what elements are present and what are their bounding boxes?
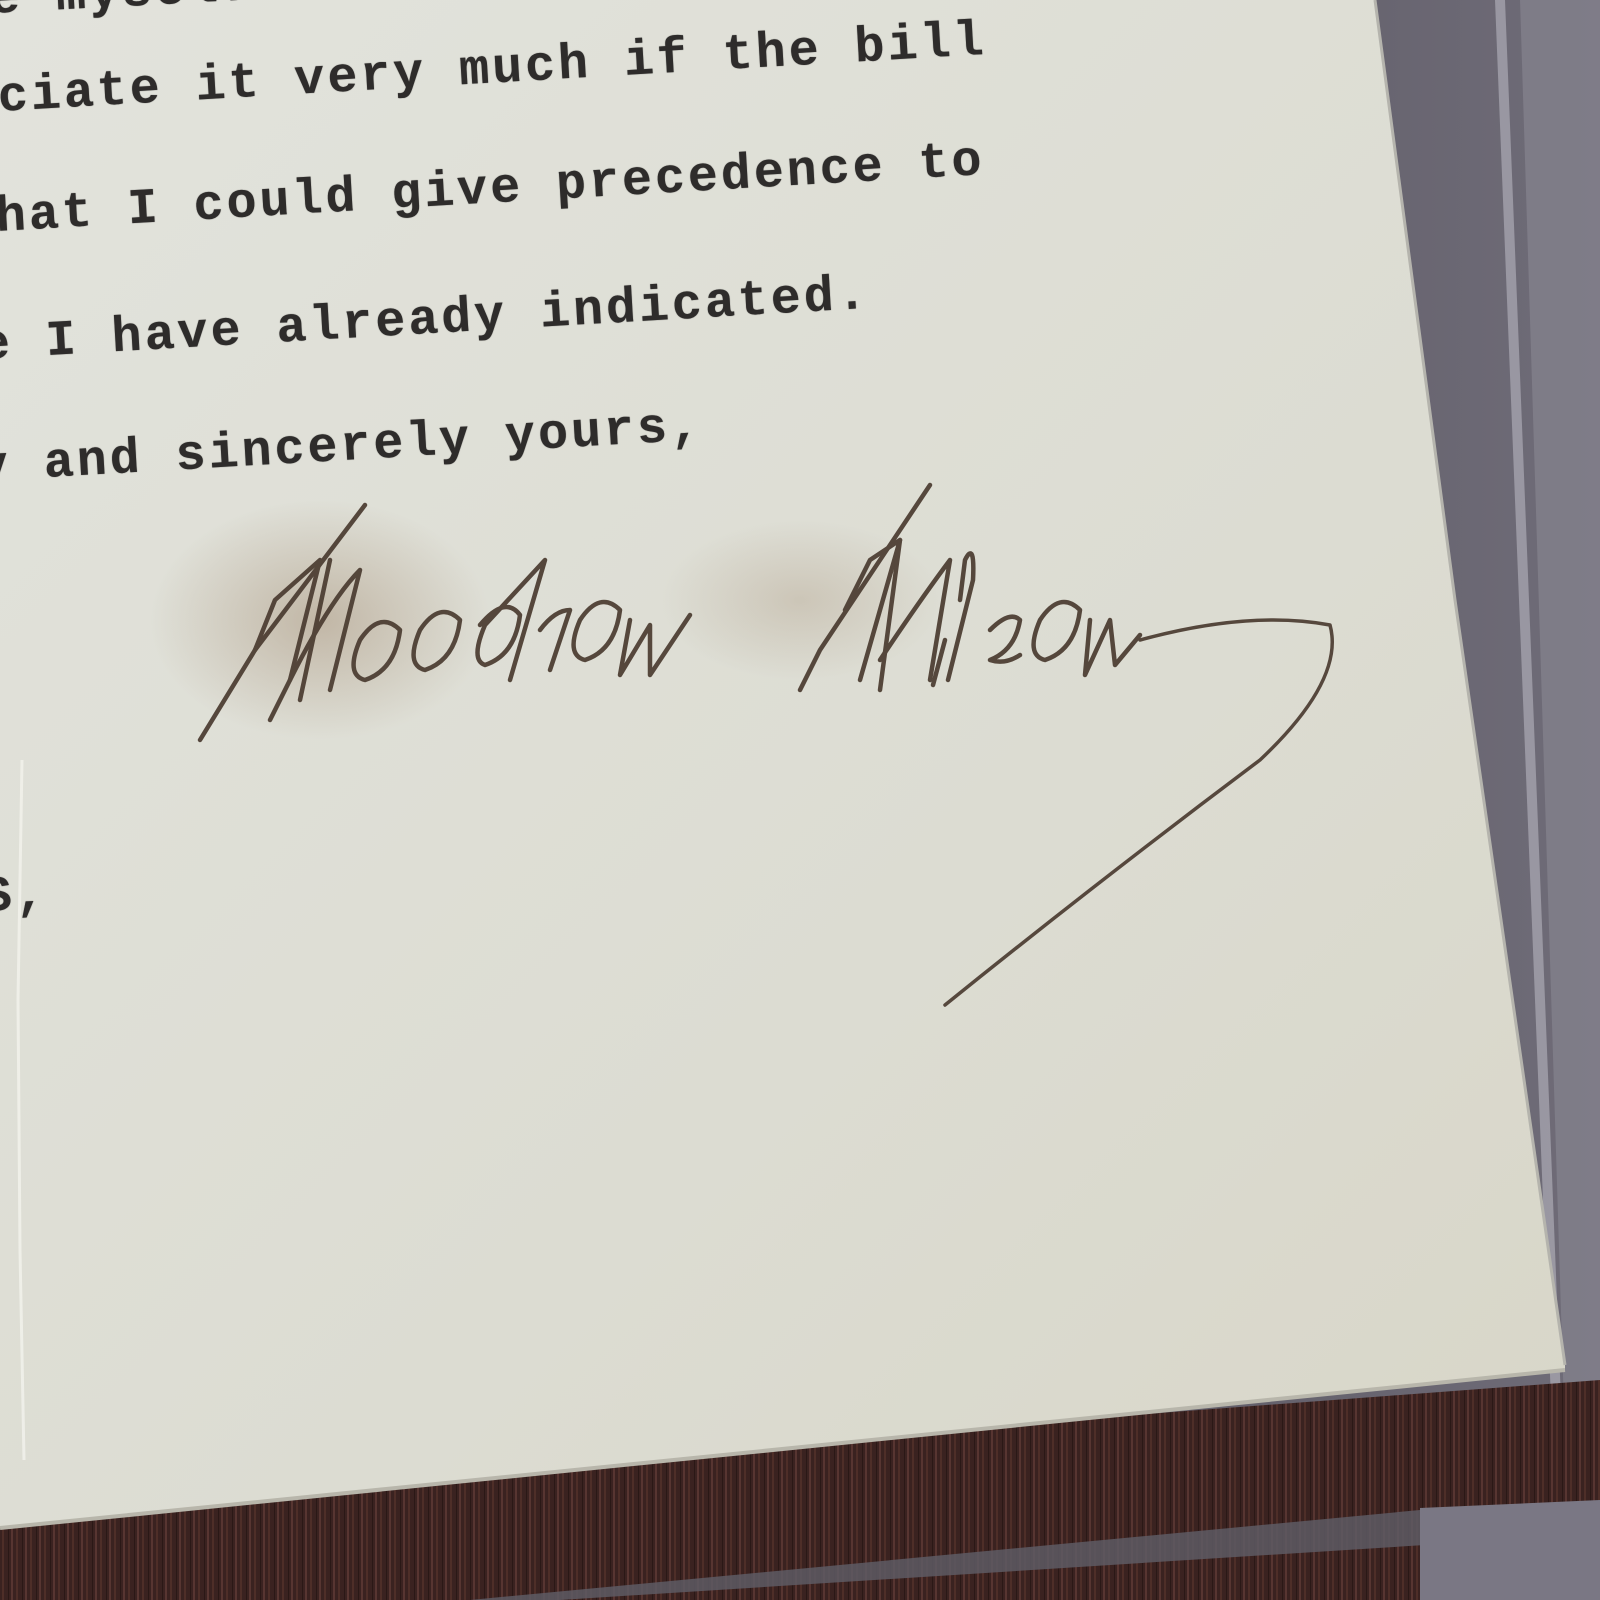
framed-letter-photo: e myself ciate it very much if the bill … [0,0,1600,1600]
typed-line-partial-left: S, [0,867,49,927]
frame-corner [1420,1500,1600,1600]
background-scene [0,0,1600,1600]
